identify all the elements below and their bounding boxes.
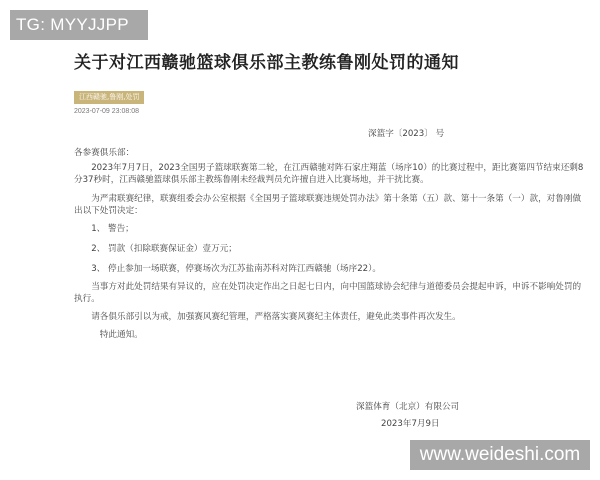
- closing: 特此通知。: [74, 329, 586, 341]
- paragraph-appeal: 当事方对此处罚结果有异议的，应在处罚决定作出之日起七日内，向中国篮球协会纪律与道…: [74, 281, 586, 305]
- document-body: 各参赛俱乐部： 2023年7月7日，2023全国男子篮球联赛第二轮，在江西赣驰对…: [74, 127, 586, 341]
- signature-date: 2023年7月9日: [381, 417, 440, 429]
- signature-org: 深篮体育（北京）有限公司: [356, 400, 459, 412]
- publish-timestamp: 2023-07-09 23:08:08: [74, 108, 139, 115]
- penalty-item: 2、 罚款（扣除联赛保证金）壹万元；: [74, 243, 586, 255]
- paragraph-request: 请各俱乐部引以为戒，加强赛风赛纪管理，严格落实赛风赛纪主体责任，避免此类事件再次…: [74, 311, 586, 323]
- article-title: 关于对江西赣驰篮球俱乐部主教练鲁刚处罚的通知: [74, 48, 459, 73]
- salutation: 各参赛俱乐部：: [74, 147, 586, 159]
- penalty-item: 1、 警告；: [74, 223, 586, 235]
- watermark-bottom: www.weideshi.com: [410, 440, 590, 470]
- watermark-top: TG: MYYJJPP: [10, 10, 148, 40]
- article-tag[interactable]: 江西赣驰,鲁刚,处罚: [74, 91, 144, 104]
- paragraph-basis: 为严肃联赛纪律，联赛组委会办公室根据《全国男子篮球联赛违规处罚办法》第十条第（五…: [74, 193, 586, 217]
- penalty-item: 3、 停止参加一场联赛，停赛场次为江苏盐南苏科对阵江西赣驰（场序22）。: [74, 263, 586, 275]
- paragraph-incident: 2023年7月7日，2023全国男子篮球联赛第二轮，在江西赣驰对阵石家庄翔蓝（场…: [74, 162, 586, 186]
